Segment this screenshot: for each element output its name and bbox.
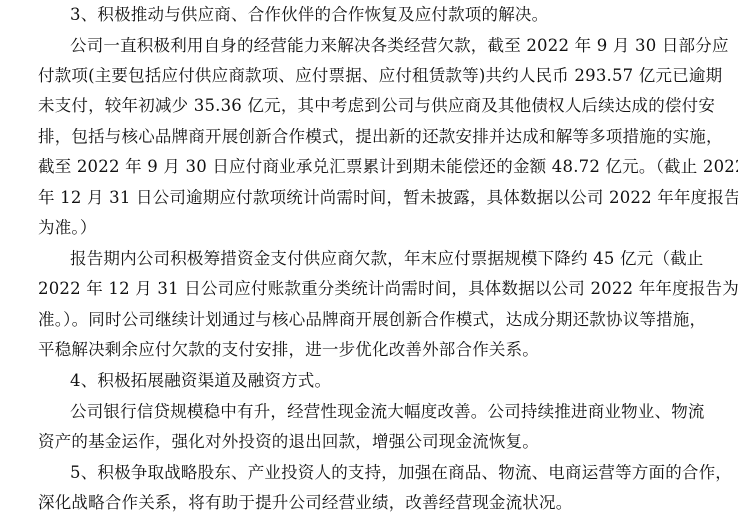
paragraph-line: 付款项(主要包括应付供应商款项、应付票据、应付租赁款等)共约人民币 293.57… (38, 64, 722, 88)
paragraph-line: 排，包括与核心品牌商开展创新合作模式，提出新的还款安排并达成和解等多项措施的实施… (38, 125, 723, 149)
paragraph-line: 为准。） (38, 216, 97, 240)
paragraph-line: 公司一直积极利用自身的经营能力来解决各类经营欠款，截至 2022 年 9 月 3… (70, 34, 729, 58)
section-5-heading-continued: 深化战略合作关系，将有助于提升公司经营业绩，改善经营现金流状况。 (38, 491, 572, 515)
paragraph-line: 资产的基金运作，强化对外投资的退出回款，增强公司现金流恢复。 (38, 430, 539, 454)
paragraph-line: 未支付，较年初减少 35.36 亿元，其中考虑到公司与供应商及其他债权人后续达成… (38, 94, 715, 118)
section-5-heading: 5、积极争取战略股东、产业投资人的支持，加强在商品、物流、电商运营等方面的合作， (70, 461, 732, 485)
paragraph-line: 2022 年 12 月 31 日公司应付账款重分类统计尚需时间，具体数据以公司 … (38, 277, 738, 301)
section-3-heading: 3、积极推动与供应商、合作伙伴的合作恢复及应付款项的解决。 (70, 3, 548, 27)
paragraph-line: 年 12 月 31 日公司逾期应付款项统计尚需时间，暂未披露，具体数据以公司 2… (38, 186, 738, 210)
section-4-heading: 4、积极拓展融资渠道及融资方式。 (70, 369, 331, 393)
paragraph-line: 公司银行信贷规模稳中有升，经营性现金流大幅度改善。公司持续推进商业物业、物流 (70, 400, 705, 424)
paragraph-line: 截至 2022 年 9 月 30 日应付商业承兑汇票累计到期未能偿还的金额 48… (38, 155, 738, 179)
paragraph-line: 报告期内公司积极筹措资金支付供应商欠款，年末应付票据规模下降约 45 亿元（截止 (70, 247, 704, 271)
paragraph-line: 准。）。同时公司继续计划通过与核心品牌商开展创新合作模式，达成分期还款协议等措施… (38, 308, 706, 332)
paragraph-line: 平稳解决剩余应付欠款的支付安排，进一步优化改善外部合作关系。 (38, 338, 539, 362)
